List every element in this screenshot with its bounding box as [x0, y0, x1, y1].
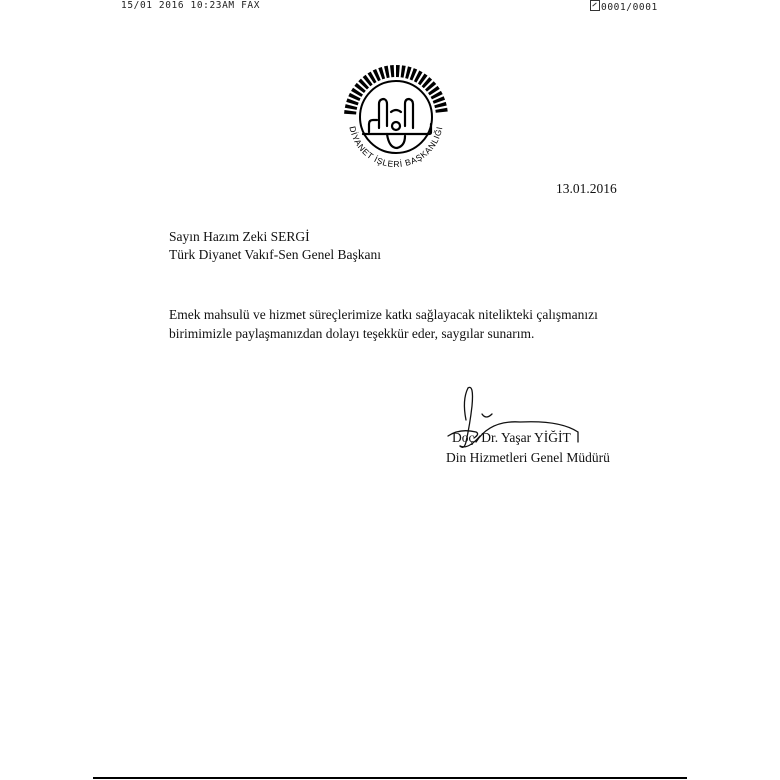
diyanet-logo-icon: DİYANET İŞLERİ BAŞKANLIĞI: [335, 62, 457, 184]
fax-page-count: 0001/0001: [601, 2, 658, 13]
page-icon: [590, 0, 600, 11]
recipient-title: Türk Diyanet Vakıf-Sen Genel Başkanı: [169, 246, 381, 264]
signer-block: Doç. Dr. Yaşar YİĞİT Din Hizmetleri Gene…: [446, 428, 610, 468]
body-line-1: Emek mahsulü ve hizmet süreçlerimize kat…: [169, 305, 619, 324]
bottom-rule: [93, 777, 687, 779]
letter-date: 13.01.2016: [556, 181, 617, 197]
fax-header-left: 15/01 2016 10:23AM FAX: [121, 0, 260, 11]
letter-body: Emek mahsulü ve hizmet süreçlerimize kat…: [169, 305, 619, 343]
recipient-block: Sayın Hazım Zeki SERGİ Türk Diyanet Vakı…: [169, 228, 381, 264]
body-line-2: birimimizle paylaşmanızdan dolayı teşekk…: [169, 324, 619, 343]
signer-title: Din Hizmetleri Genel Müdürü: [446, 448, 610, 468]
signer-name: Doç. Dr. Yaşar YİĞİT: [446, 428, 610, 448]
recipient-name: Sayın Hazım Zeki SERGİ: [169, 228, 381, 246]
fax-header-right: 0001/0001: [590, 0, 658, 13]
